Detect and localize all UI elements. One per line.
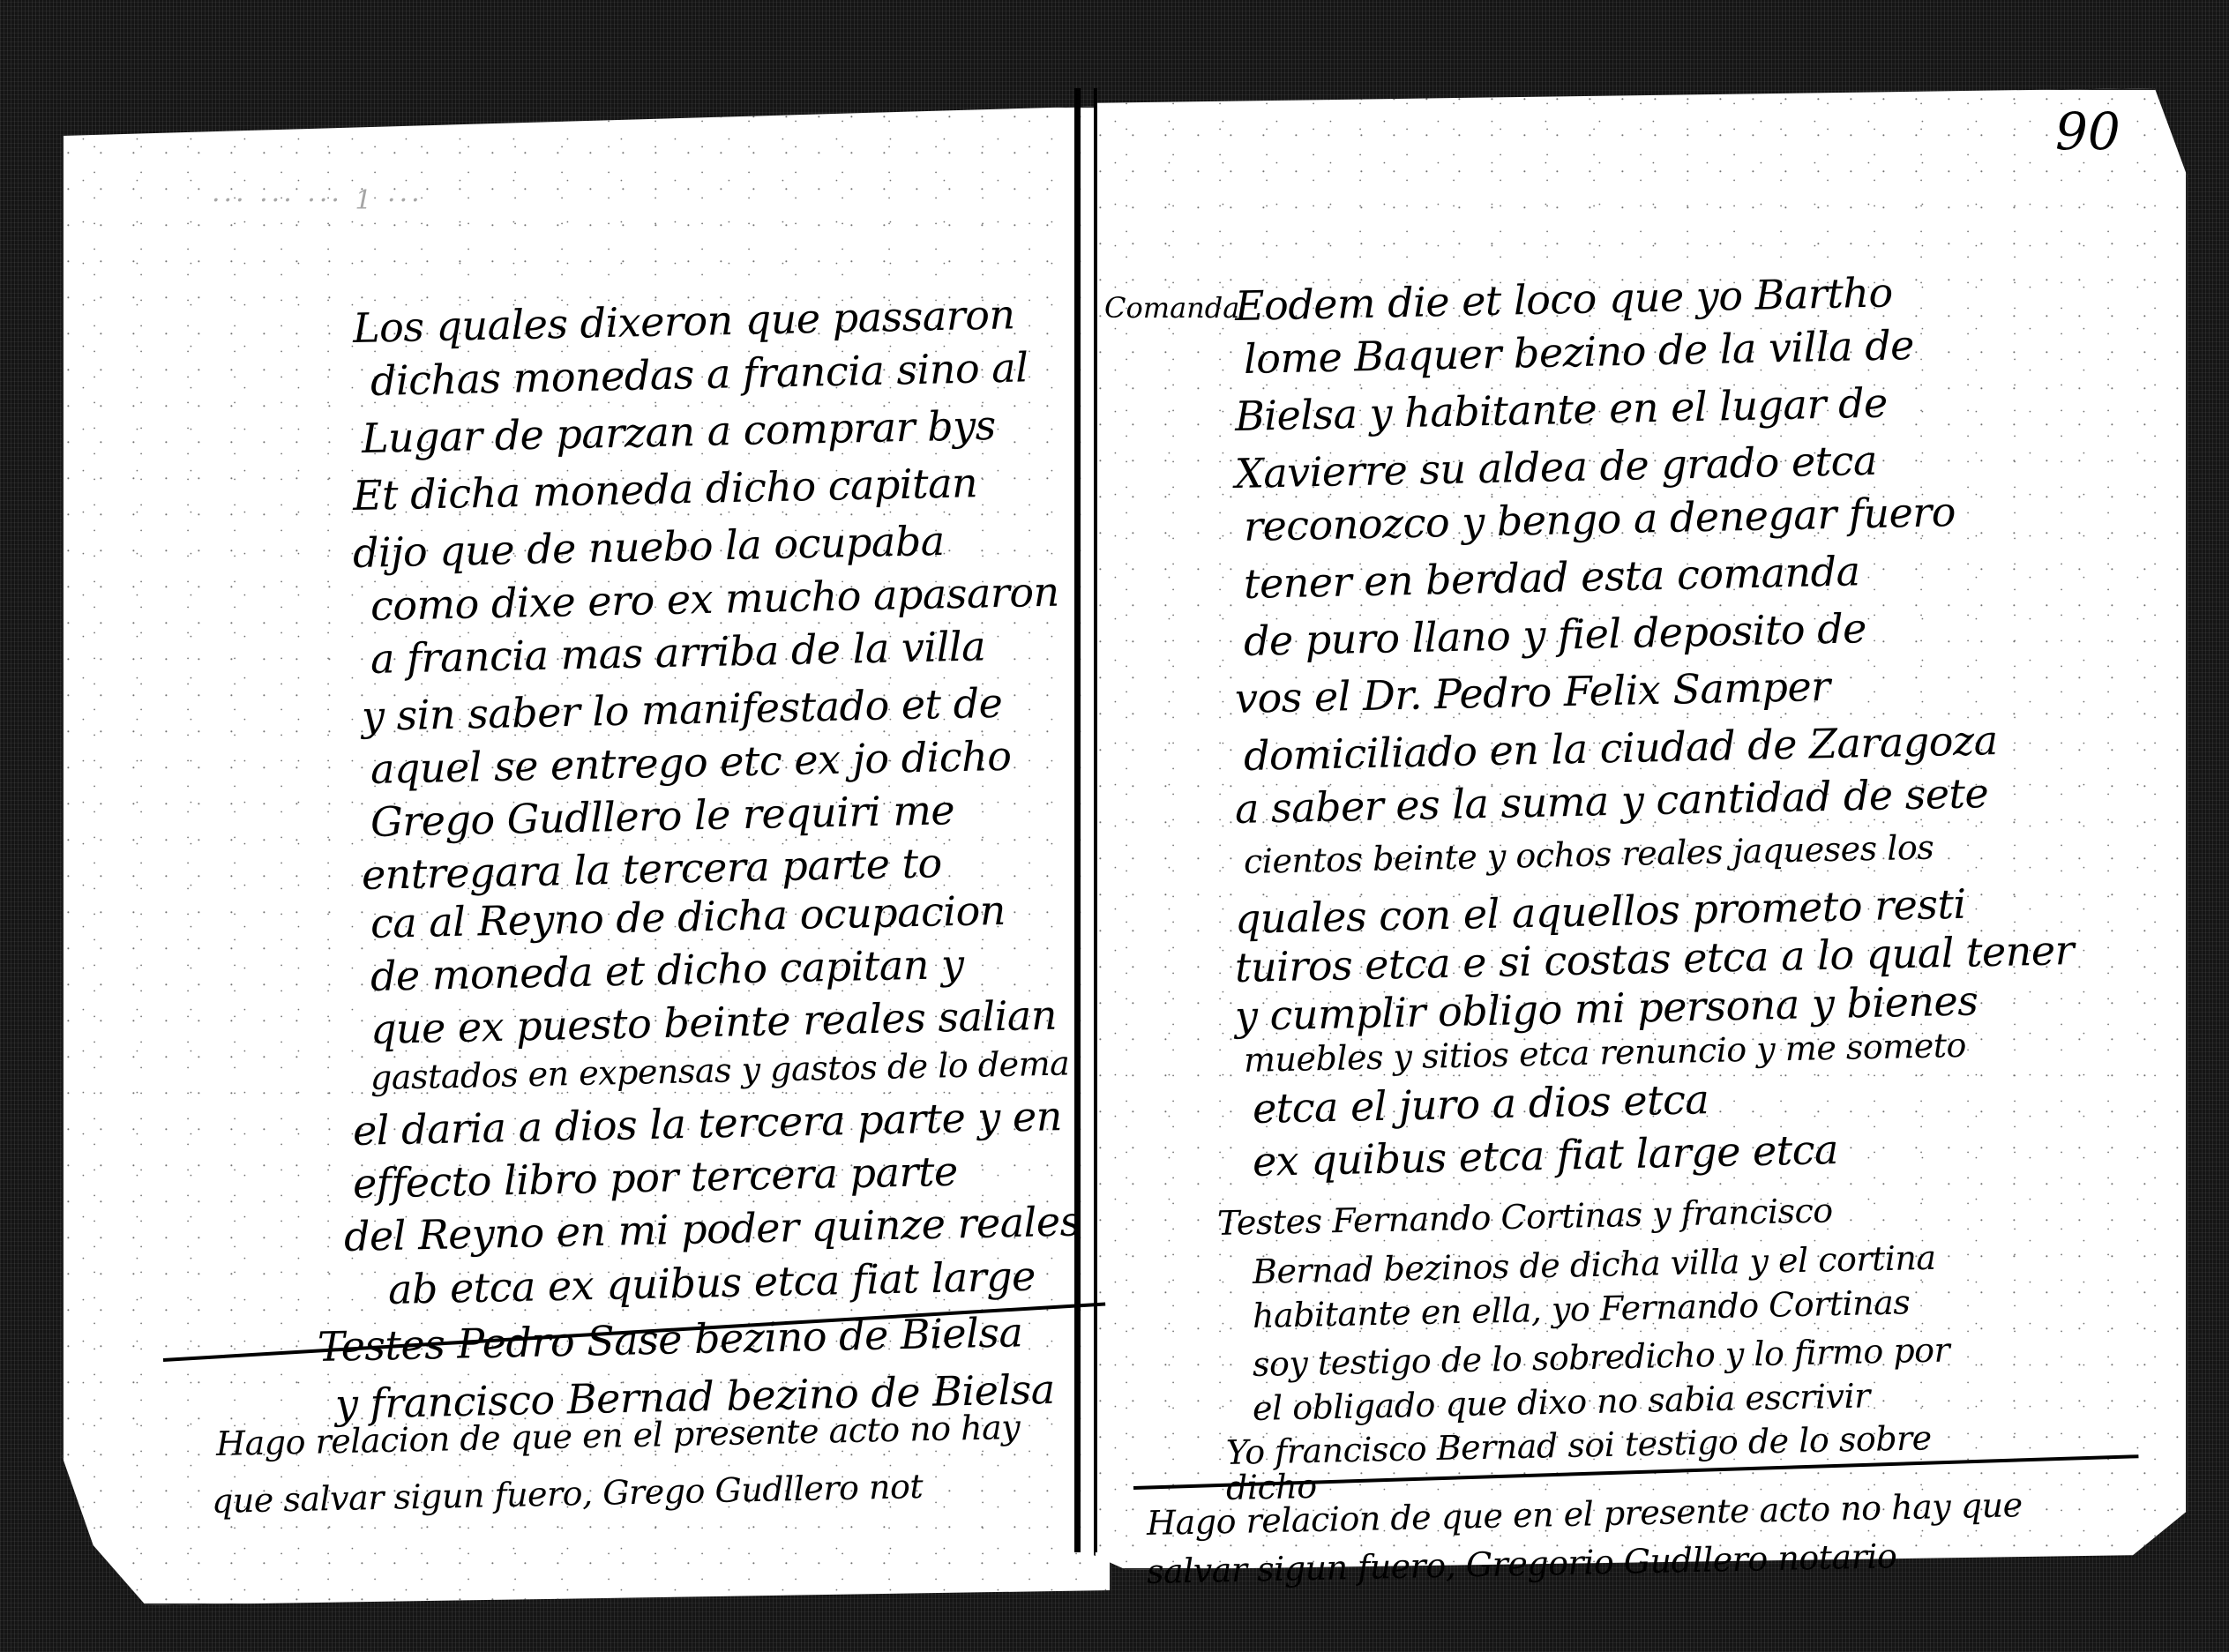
page-number: 90: [2055, 101, 2121, 161]
book-gutter-edge: [1094, 88, 1097, 1552]
book-gutter: [1074, 88, 1081, 1552]
margin-note: Comanda: [1104, 291, 1239, 325]
faint-header-text: ··· ··· ··· 1 ···: [212, 185, 423, 216]
text-line: etca el juro a dios etca: [1252, 1075, 1709, 1132]
